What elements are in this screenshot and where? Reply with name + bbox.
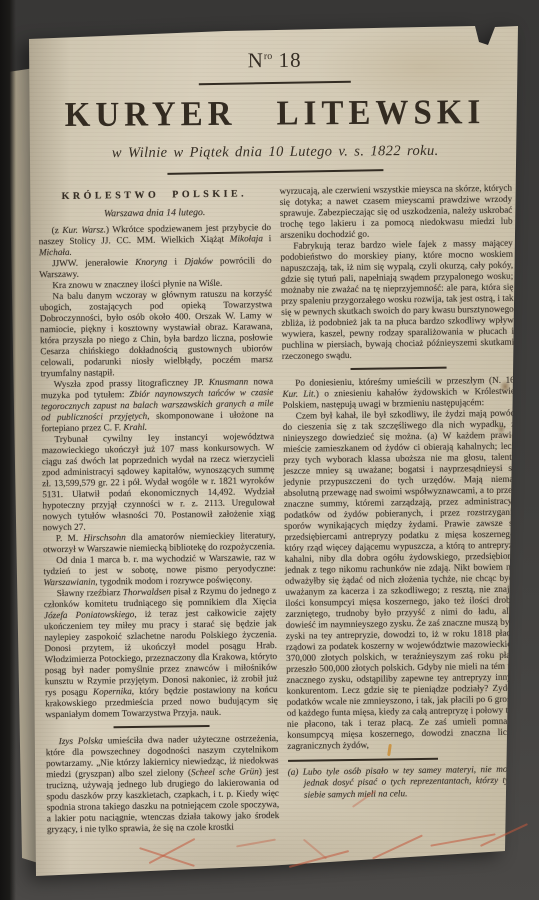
warsaw-dateline: Warszawa dnia 14 lutego.: [38, 206, 271, 220]
title-word-1: KURYER: [65, 95, 237, 135]
article-divider: [114, 725, 210, 728]
article-paragraph: Trybunał cywilny Iey instancyi województ…: [41, 431, 275, 533]
article-paragraph: Wyszła zpod prassy litograficzney JP. Kn…: [41, 376, 274, 434]
masthead-rule-top: [199, 81, 351, 85]
issue-superscript: ro: [264, 51, 272, 62]
scanned-newspaper-page: a- ć- u- go y- o- h, z. w. yć a- u- y- s…: [0, 0, 539, 900]
masthead: Nro 18 KURYERLITEWSKI w Wilnie w Piątek …: [38, 46, 513, 174]
paper-wrapper: Nro 18 KURYERLITEWSKI w Wilnie w Piątek …: [26, 24, 520, 877]
masthead-dateline: w Wilnie w Piątek dnia 10 Lutego v. s. 1…: [38, 142, 512, 162]
article-paragraph: Sławny rzeźbiarz Thorwaldsen pisał z Rzy…: [44, 585, 278, 720]
masthead-rule-bottom: [167, 169, 383, 175]
right-column: wyrzucają, ale czerwieni wszystkie mieys…: [279, 183, 520, 832]
issue-prefix: N: [248, 48, 264, 72]
newspaper-sheet: Nro 18 KURYERLITEWSKI w Wilnie w Piątek …: [26, 24, 520, 877]
title-word-2: LITEWSKI: [276, 93, 485, 134]
article-paragraph: Izys Polska umieściła dwa nader użyteczn…: [46, 733, 280, 835]
left-column: KRÓLESTWO POLSKIE. Warszawa dnia 14 lute…: [38, 186, 279, 835]
article-paragraph: P. M. Hirschsohn dla amatorów niemieckie…: [43, 530, 276, 555]
article-paragraph: Po doniesieniu, któreśmy umieścili w prz…: [282, 375, 515, 411]
article-paragraph: Od dnia 1 marca b. r. ma wychodzić w War…: [43, 552, 276, 588]
article-paragraph: Czem był kahał, ile był szkodliwy, ile ż…: [283, 408, 520, 752]
article-paragraph: (z Kur. Warsz.) Wkrótce spodziewanem jes…: [39, 222, 272, 258]
article-paragraph: Fabrykują teraz bardzo wiele fajek z mas…: [280, 238, 514, 362]
book-gutter-shadow: [0, 0, 16, 900]
section-heading: KRÓLESTWO POLSKIE.: [38, 188, 271, 202]
issue-value: 18: [278, 48, 301, 72]
article-paragraph: wyrzucają, ale czerwieni wszystkie mieys…: [279, 183, 512, 241]
page-content: Nro 18 KURYERLITEWSKI w Wilnie w Piątek …: [26, 24, 520, 832]
footnote: (a) Lubo tyle osób pisało w tey samey ma…: [288, 764, 521, 801]
article-divider: [350, 367, 446, 370]
article-paragraph: Na balu danym wczoray w głównym ratuszu …: [39, 288, 273, 379]
footnote-rule: [288, 758, 438, 762]
article-paragraph: JJWW. jenerałowie Knoryng i Djaków powró…: [39, 255, 272, 280]
article-columns: KRÓLESTWO POLSKIE. Warszawa dnia 14 lute…: [38, 183, 521, 836]
issue-number: Nro 18: [38, 46, 512, 74]
newspaper-title: KURYERLITEWSKI: [38, 93, 512, 136]
